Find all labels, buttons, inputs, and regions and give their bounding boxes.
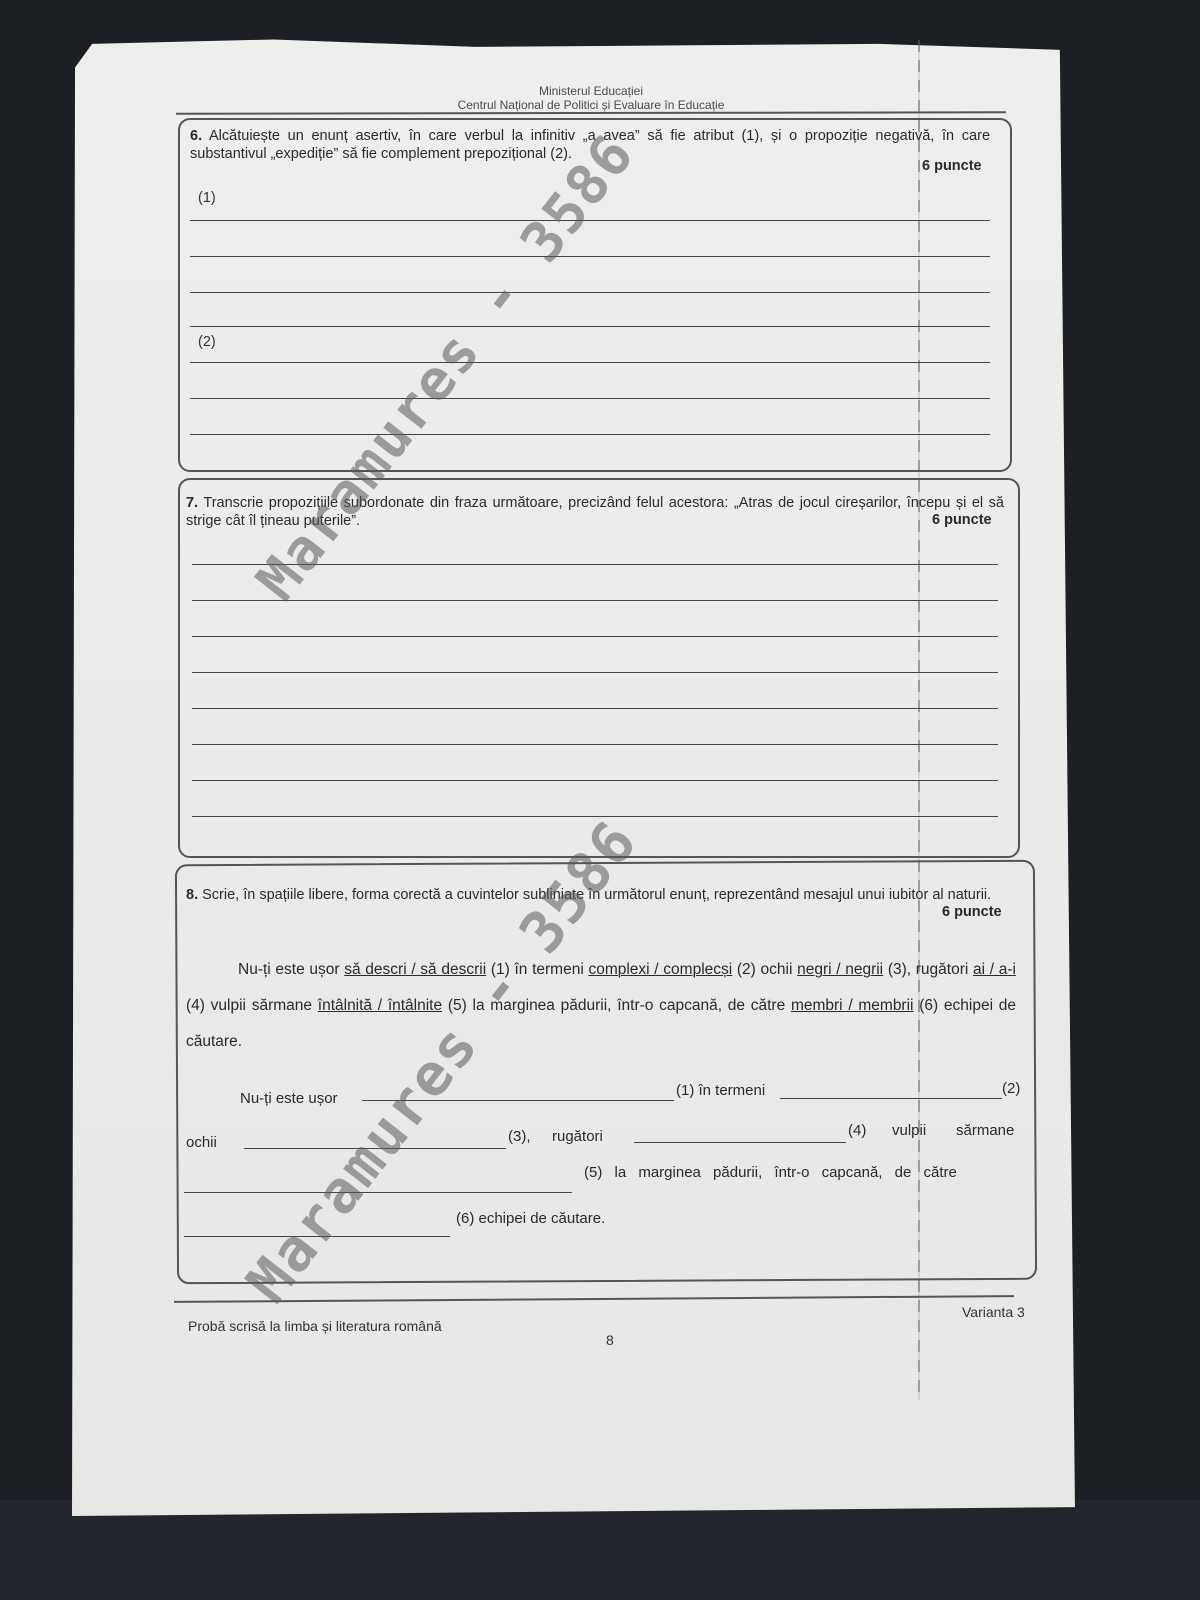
answer-label-1: (1) xyxy=(198,190,216,206)
answer-line[interactable] xyxy=(190,220,990,221)
question-7-text: 7. Transcrie propozițiile subordonate di… xyxy=(186,494,1004,530)
question-7-box xyxy=(178,478,1020,858)
fill-label: (6) echipei de căutare. xyxy=(456,1210,605,1227)
footer-exam-title: Probă scrisă la limba și literatura româ… xyxy=(188,1318,442,1334)
question-6-box xyxy=(178,118,1012,472)
question-8-points: 6 puncte xyxy=(942,904,1002,920)
fill-label: Nu-ți este ușor xyxy=(240,1090,338,1107)
fill-label: (2) xyxy=(1002,1080,1020,1097)
blank-4[interactable] xyxy=(634,1142,846,1143)
answer-line[interactable] xyxy=(192,600,998,601)
answer-line[interactable] xyxy=(190,362,990,363)
answer-line[interactable] xyxy=(190,256,990,257)
underlined-option-6: membri / membrii xyxy=(791,997,914,1014)
answer-line[interactable] xyxy=(190,326,990,327)
answer-line[interactable] xyxy=(192,672,998,673)
underlined-option-2: complexi / complecși xyxy=(588,961,732,978)
blank-6[interactable] xyxy=(184,1236,450,1237)
question-6-points: 6 puncte xyxy=(922,158,982,174)
answer-line[interactable] xyxy=(192,636,998,637)
question-8-box xyxy=(175,860,1037,1284)
header-ministry: Ministerul Educației xyxy=(176,84,1006,98)
underlined-option-1: să descri / să descrii xyxy=(344,961,486,978)
answer-line[interactable] xyxy=(192,708,998,709)
underlined-option-3: negri / negrii xyxy=(797,961,883,978)
fill-label: (5) la marginea pădurii, într-o capcană,… xyxy=(584,1164,957,1181)
blank-2[interactable] xyxy=(780,1098,1002,1099)
underlined-option-5: întâlnită / întâlnite xyxy=(318,997,442,1014)
fill-label: (1) în termeni xyxy=(676,1082,765,1099)
fill-label: vulpii xyxy=(892,1122,926,1139)
blank-1[interactable] xyxy=(362,1100,674,1101)
answer-label-2: (2) xyxy=(198,334,216,350)
fill-label: (3), xyxy=(508,1128,531,1145)
blank-5[interactable] xyxy=(184,1192,572,1193)
fill-label: rugători xyxy=(552,1128,603,1145)
header-center: Centrul Național de Politici și Evaluare… xyxy=(176,98,1006,112)
answer-line[interactable] xyxy=(190,292,990,293)
page-header: Ministerul Educației Centrul Național de… xyxy=(176,84,1006,112)
answer-line[interactable] xyxy=(192,744,998,745)
footer-variant: Varianta 3 xyxy=(962,1304,1025,1320)
answer-line[interactable] xyxy=(190,398,990,399)
underlined-option-4: ai / a-i xyxy=(973,961,1016,978)
answer-line[interactable] xyxy=(192,780,998,781)
question-8-text: 8. Scrie, în spațiile libere, forma core… xyxy=(186,886,1014,904)
fill-label: ochii xyxy=(186,1134,217,1151)
question-6-text: 6. Alcătuiește un enunț asertiv, în care… xyxy=(190,127,990,163)
blank-3[interactable] xyxy=(244,1148,506,1149)
page-number: 8 xyxy=(606,1332,614,1348)
answer-line[interactable] xyxy=(190,434,990,435)
answer-line[interactable] xyxy=(192,816,998,817)
fill-label: (4) xyxy=(848,1122,866,1139)
question-8-sentence: Nu-ți este ușor să descri / să descrii (… xyxy=(186,952,1016,1060)
question-7-points: 6 puncte xyxy=(932,512,992,528)
fill-label: sărmane xyxy=(956,1122,1014,1139)
answer-line[interactable] xyxy=(192,564,998,565)
